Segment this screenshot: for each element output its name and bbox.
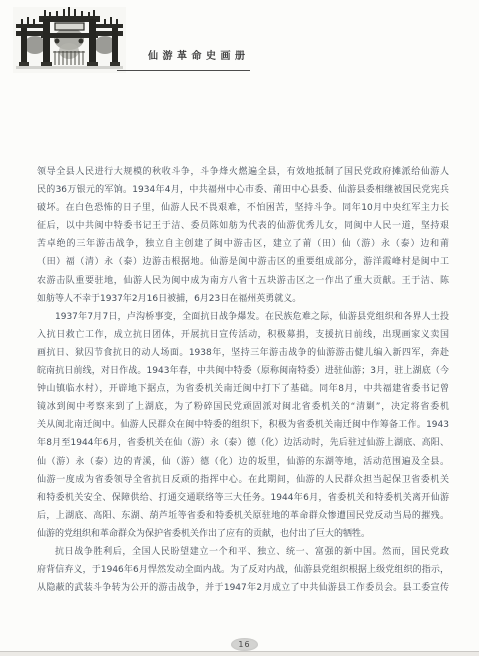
text-line: 1937年7月7日，卢沟桥事变，全面抗日战争爆发。在民族危难之际，仙游县党组织和… xyxy=(37,308,449,326)
text-line: 年8月至1944年6月，省委机关在仙（游）永（泰）德（化）边活动时，先后驻过仙游… xyxy=(37,434,449,452)
text-line: 后，上湖底、高阳、东湖、葫芦坵等省委和特委机关原驻地的革命群众惨遭国民党反动当局… xyxy=(37,507,449,525)
text-line: 征后，以中共闽中特委书记王于洁、委员陈如舫为代表的仙游优秀儿女，同闽中人民一道，… xyxy=(37,217,449,235)
text-line: 画抗日、狱囚节食抗日的动人场面。1938年，坚持三年游击战争的仙游游击健儿编入新… xyxy=(37,344,449,362)
text-line: 苦卓绝的三年游击战争，独立自主创建了闽中游击区，建立了莆（田）仙（游）永（泰）边… xyxy=(37,235,449,253)
text-line: 从隐蔽的武装斗争转为公开的游击战争，并于1947年2月成立了中共仙游县工作委员会… xyxy=(37,579,449,597)
page-edge xyxy=(0,652,479,656)
memorial-gate-photo xyxy=(13,7,126,73)
title-divider xyxy=(117,70,250,71)
page-number-badge: 16 xyxy=(231,638,258,651)
scanned-page: 仙游革命史画册 领导全县人民进行大规模的秋收斗争，斗争烽火燃遍全县，有效地抵制了… xyxy=(0,0,479,651)
text-line: 农游击队重要驻地，仙游人民为闽中成为南方八省十五块游击区之一作出了重大贡献。王于… xyxy=(37,272,449,290)
text-line: 钟山镇临水村），开辟地下据点，为省委机关南迁闽中打下了基础。同年8月，中共福建省… xyxy=(37,380,449,398)
text-line: 皖南抗日前线，对日作战。1943年春，中共闽中特委（原称闽南特委）进驻仙游；3月… xyxy=(37,362,449,380)
text-line: 破坏。在白色恐怖的日子里，仙游人民不畏艰难，不怕困苦，坚持斗争。同年10月中央红… xyxy=(37,199,449,217)
text-line: 仙游一度成为省委领导全省抗日反顽的指挥中心。在此期间，仙游的人民群众担当起保卫省… xyxy=(37,471,449,489)
memorial-gate-illustration xyxy=(13,7,126,73)
text-line: 仙（游）永（泰）边的青溪，仙（游）德（化）边的坂里，仙游的东湖等地，活动范围遍及… xyxy=(37,453,449,471)
text-line: 府背信弃义，于1946年6月悍然发动全面内战。为了反对内战，仙游县党组织根据上级… xyxy=(37,561,449,579)
book-title: 仙游革命史画册 xyxy=(148,51,250,63)
body-text: 领导全县人民进行大规模的秋收斗争，斗争烽火燃遍全县，有效地抵制了国民党政府摊派给… xyxy=(37,163,449,597)
text-line: （田）福（清）永（泰）边游击根据地。仙游是闽中游击区的重要组成部分，游洋霞峰村是… xyxy=(37,253,449,271)
text-line: 和特委机关安全、保障供给、打通交通联络等三大任务。1944年6月，省委机关和特委… xyxy=(37,489,449,507)
text-line: 关从闽北南迁闽中。仙游人民群众在闽中特委的组织下，积极为省委机关南迁闽中作筹备工… xyxy=(37,416,449,434)
text-line: 抗日战争胜利后，全国人民盼望建立一个和平、独立、统一、富强的新中国。然而，国民党… xyxy=(37,543,449,561)
text-line: 仙游的党组织和革命群众为保护省委机关作出了应有的贡献，也付出了巨大的牺牲。 xyxy=(37,525,449,543)
text-line: 镜冰到闽中考察来到了上湖底，为了粉碎国民党顽固派对闽北省委机关的“清剿”，决定将… xyxy=(37,398,449,416)
text-line: 领导全县人民进行大规模的秋收斗争，斗争烽火燃遍全县，有效地抵制了国民党政府摊派给… xyxy=(37,163,449,181)
text-line: 入抗日救亡工作，成立抗日团体，开展抗日宣传活动，积极募捐，支援抗日前线，出现画家… xyxy=(37,326,449,344)
text-line: 民的36万银元的军饷。1934年4月，中共福州中心市委、莆田中心县委、仙游县委相… xyxy=(37,181,449,199)
text-line: 如舫等人不幸于1937年2月16日被捕，6月23日在福州英勇就义。 xyxy=(37,290,449,308)
